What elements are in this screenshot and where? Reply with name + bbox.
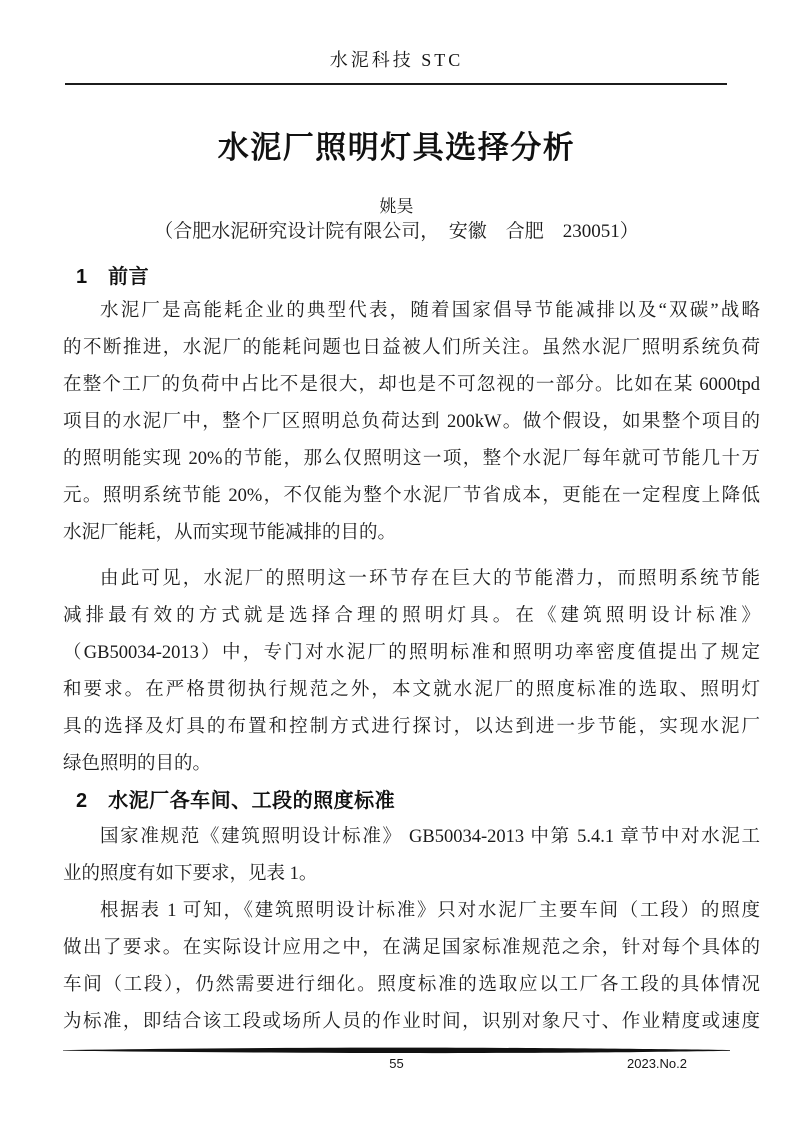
paragraph-line: 项目的水泥厂中，整个厂区照明总负荷达到 200kW。做个假设，如果整个项目的 bbox=[63, 404, 760, 441]
paragraph-line: 国家准规范《建筑照明设计标准》 GB50034-2013 中第 5.4.1 章节… bbox=[63, 819, 760, 856]
article-title: 水泥厂照明灯具选择分析 bbox=[0, 127, 793, 169]
issue-number: 2023.No.2 bbox=[627, 1056, 687, 1071]
paragraph-line: 为标准，即结合该工段或场所人员的作业时间，识别对象尺寸、作业精度或速度 bbox=[63, 1004, 760, 1041]
paragraph-line: 水泥厂能耗，从而实现节能减排的目的。 bbox=[63, 515, 760, 552]
paragraph-line: （GB50034-2013）中，专门对水泥厂的照明标准和照明功率密度值提出了规定 bbox=[63, 635, 760, 672]
paragraph-line: 根据表 1 可知，《建筑照明设计标准》只对水泥厂主要车间（工段）的照度 bbox=[63, 893, 760, 930]
author-name: 姚昊 bbox=[0, 192, 793, 217]
paragraph-line: 水泥厂是高能耗企业的典型代表，随着国家倡导节能减排以及“双碳”战略 bbox=[63, 293, 760, 330]
section-heading-2: 2 水泥厂各车间、工段的照度标准 bbox=[76, 784, 395, 813]
paragraph-line: 的不断推进，水泥厂的能耗问题也日益被人们所关注。虽然水泥厂照明系统负荷 bbox=[63, 330, 760, 367]
footer-rule bbox=[63, 1047, 730, 1054]
paragraph-line: 和要求。在严格贯彻执行规范之外，本文就水泥厂的照度标准的选取、照明灯 bbox=[63, 672, 760, 709]
paragraph-line: 绿色照明的目的。 bbox=[63, 746, 760, 783]
paragraph-line: 车间（工段），仍然需要进行细化。照度标准的选取应以工厂各工段的具体情况 bbox=[63, 967, 760, 1004]
paragraph-line: 减排最有效的方式就是选择合理的照明灯具。在《建筑照明设计标准》 bbox=[63, 598, 760, 635]
paragraph-line: 做出了要求。在实际设计应用之中，在满足国家标准规范之余，针对每个具体的 bbox=[63, 930, 760, 967]
paragraph-line: 元。照明系统节能 20%，不仅能为整个水泥厂节省成本，更能在一定程度上降低 bbox=[63, 478, 760, 515]
paragraph-4: 根据表 1 可知，《建筑照明设计标准》只对水泥厂主要车间（工段）的照度 做出了要… bbox=[63, 893, 760, 1041]
paragraph-line: 由此可见，水泥厂的照明这一环节存在巨大的节能潜力，而照明系统节能 bbox=[63, 561, 760, 598]
header-rule bbox=[65, 83, 727, 85]
paragraph-line: 在整个工厂的负荷中占比不是很大，却也是不可忽视的一部分。比如在某 6000tpd bbox=[63, 367, 760, 404]
paragraph-3: 国家准规范《建筑照明设计标准》 GB50034-2013 中第 5.4.1 章节… bbox=[63, 819, 760, 893]
paragraph-line: 业的照度有如下要求，见表 1。 bbox=[63, 856, 760, 893]
paragraph-1: 水泥厂是高能耗企业的典型代表，随着国家倡导节能减排以及“双碳”战略 的不断推进，… bbox=[63, 293, 760, 552]
document-page: 水泥科技 STC 水泥厂照明灯具选择分析 姚昊 （合肥水泥研究设计院有限公司， … bbox=[0, 0, 793, 1122]
paragraph-line: 具的选择及灯具的布置和控制方式进行探讨，以达到进一步节能，实现水泥厂 bbox=[63, 709, 760, 746]
paragraph-2: 由此可见，水泥厂的照明这一环节存在巨大的节能潜力，而照明系统节能 减排最有效的方… bbox=[63, 561, 760, 783]
section-heading-1: 1 前言 bbox=[76, 260, 149, 289]
paragraph-line: 的照明能实现 20%的节能，那么仅照明这一项，整个水泥厂每年就可节能几十万 bbox=[63, 441, 760, 478]
journal-name: 水泥科技 STC bbox=[0, 46, 793, 72]
author-affiliation: （合肥水泥研究设计院有限公司， 安徽 合肥 230051） bbox=[0, 216, 793, 243]
